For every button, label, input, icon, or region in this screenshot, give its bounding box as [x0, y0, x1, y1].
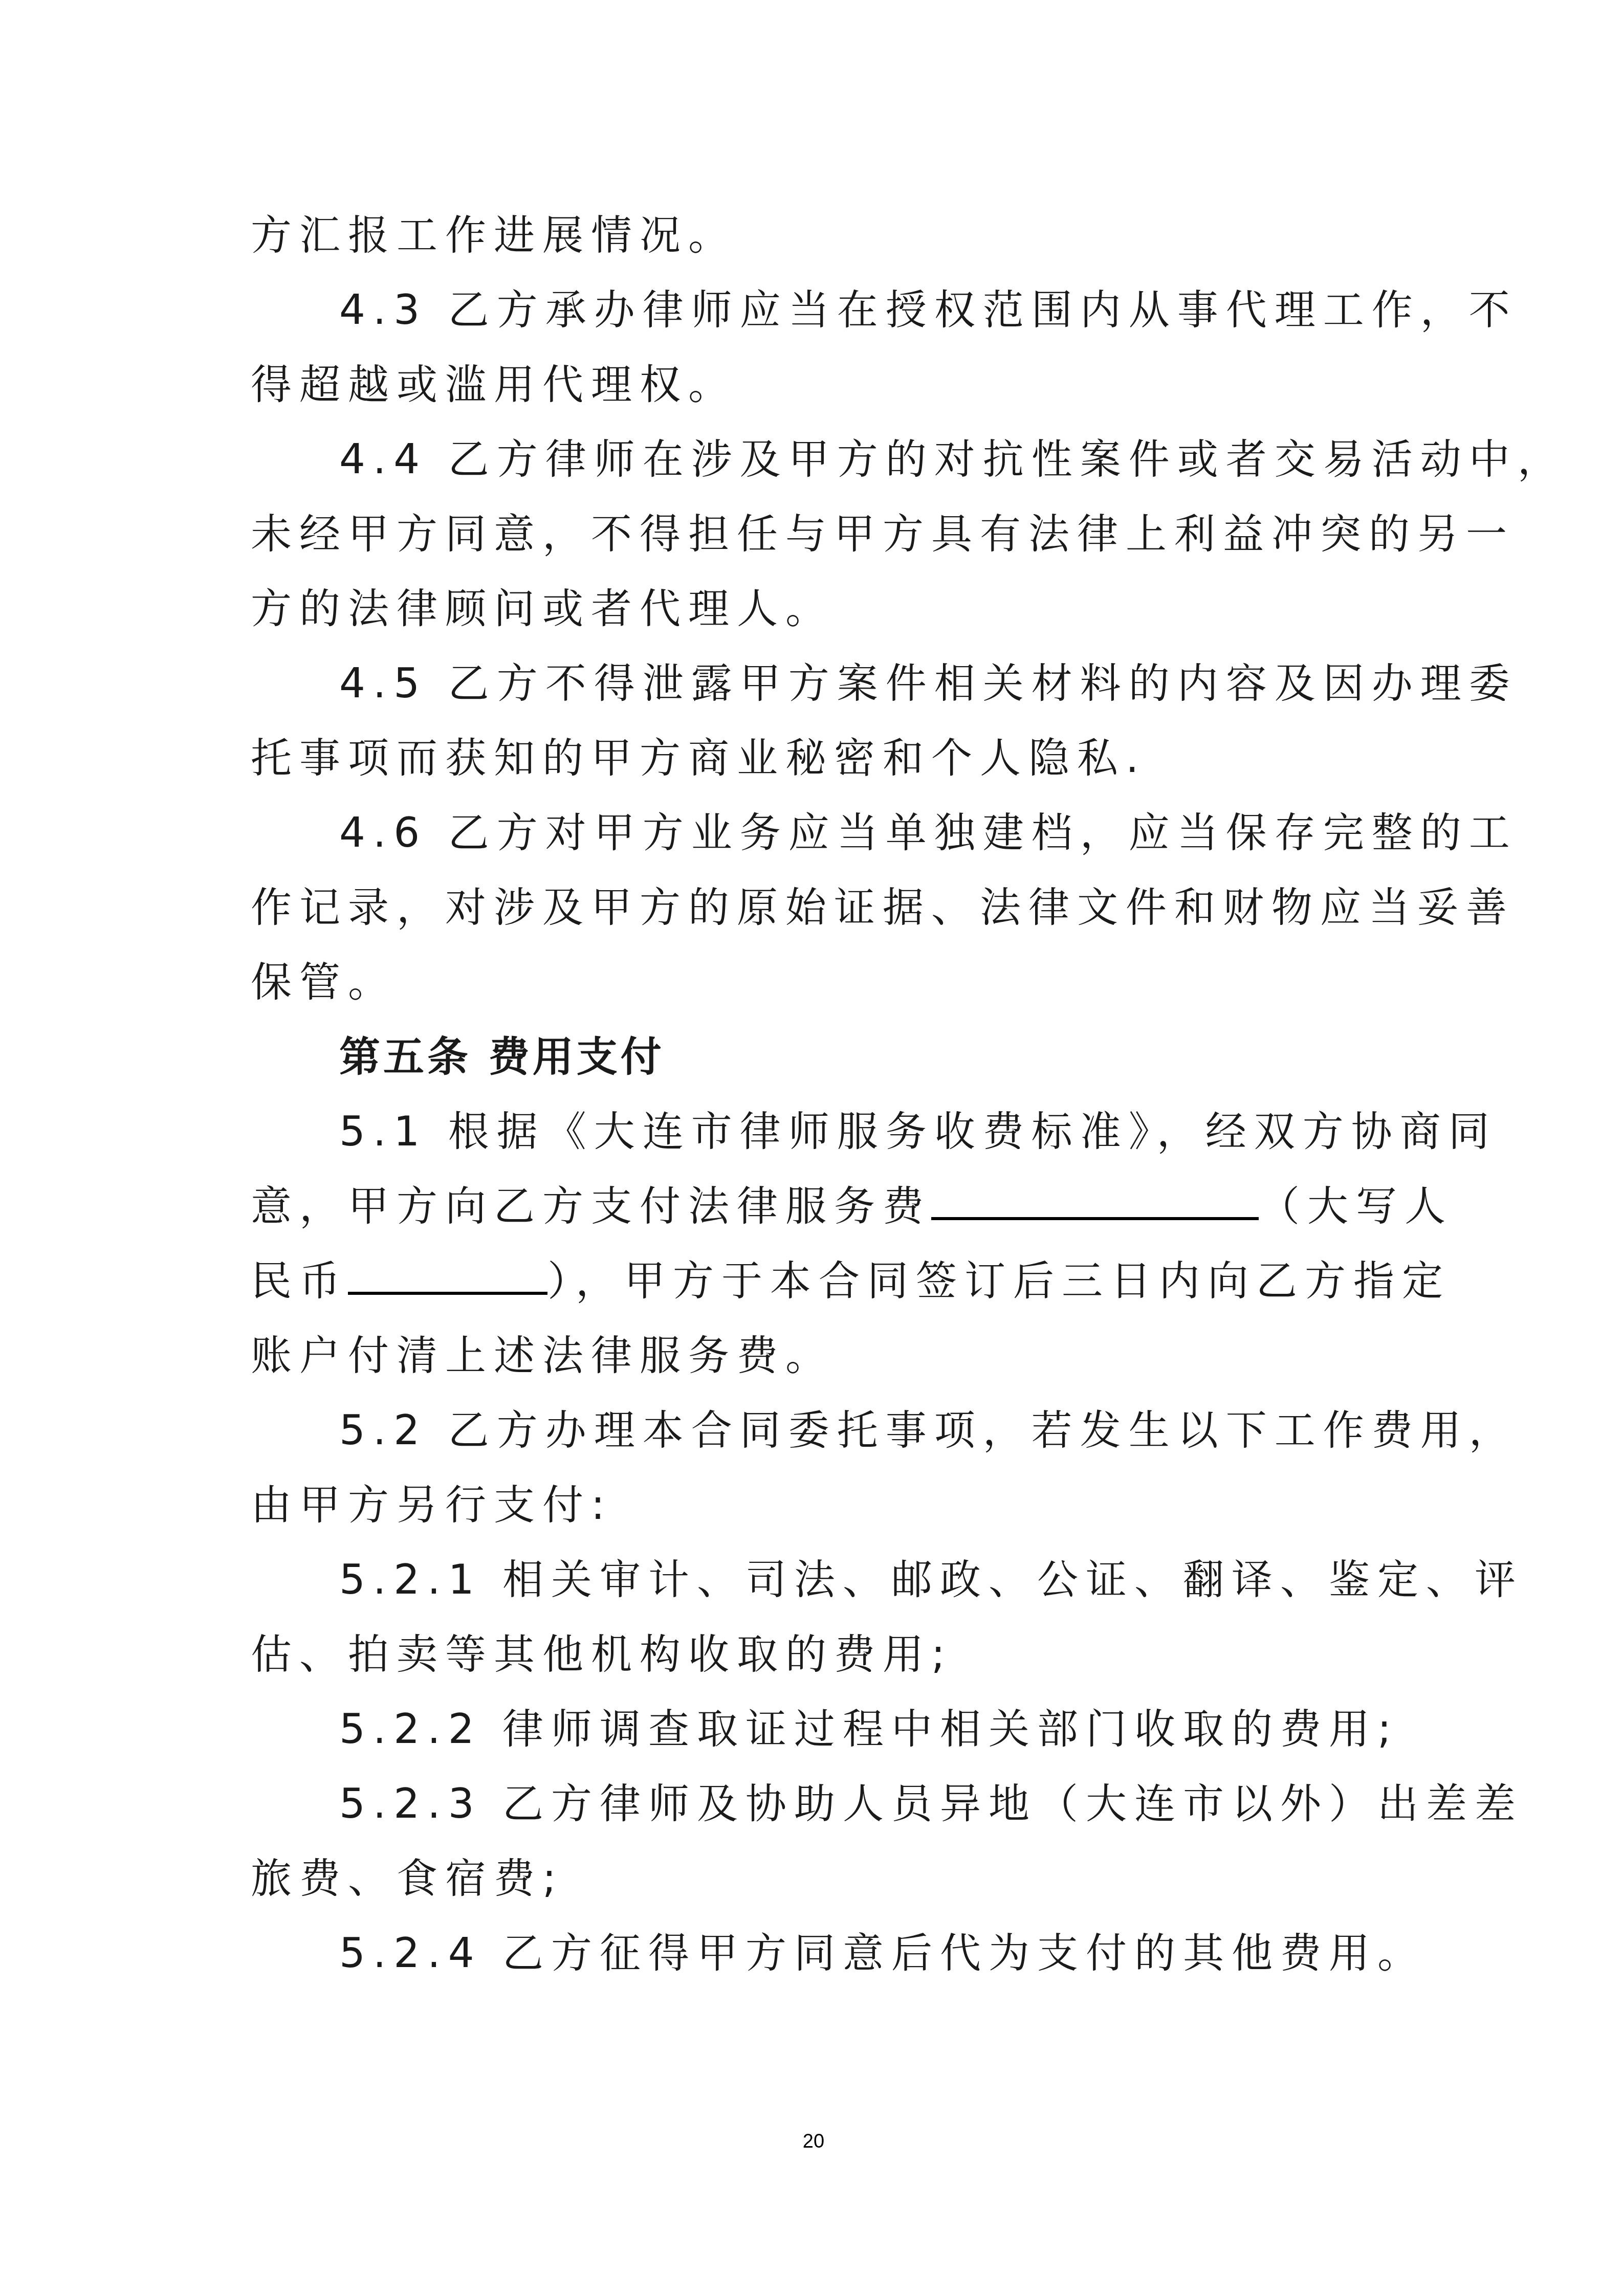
- text-line: 未经甲方同意，不得担任与甲方具有法律上利益冲突的另一: [251, 503, 1389, 565]
- clause-5-2-3: 5.2.3 乙方律师及协助人员异地（大连市以外）出差差: [339, 1773, 1389, 1835]
- text-line: 方汇报工作进展情况。: [251, 205, 1389, 266]
- text-line: 托事项而获知的甲方商业秘密和个人隐私.: [251, 727, 1389, 789]
- text-line: 旅费、食宿费;: [251, 1848, 1389, 1909]
- section-heading-article-5: 第五条 费用支付: [339, 1026, 1389, 1088]
- clause-5-2: 5.2 乙方办理本合同委托事项，若发生以下工作费用，: [339, 1400, 1389, 1461]
- rmb-label-after: ），甲方于本合同签订后三日内向乙方指定: [547, 1257, 1451, 1305]
- rmb-amount-line: 民币），甲方于本合同签订后三日内向乙方指定: [251, 1250, 1389, 1312]
- page-number: 20: [788, 2131, 839, 2153]
- clause-5-2-2: 5.2.2 律师调查取证过程中相关部门收取的费用;: [339, 1698, 1389, 1760]
- text-line: 方的法律顾问或者代理人。: [251, 578, 1389, 639]
- fee-label: 意，甲方向乙方支付法律服务费: [251, 1182, 931, 1230]
- clause-4-6: 4.6 乙方对甲方业务应当单独建档，应当保存完整的工: [339, 802, 1389, 864]
- text-line: 账户付清上述法律服务费。: [251, 1325, 1389, 1386]
- rmb-amount-blank[interactable]: [348, 1251, 547, 1295]
- fee-amount-blank[interactable]: [931, 1176, 1259, 1220]
- clause-5-2-1: 5.2.1 相关审计、司法、邮政、公证、翻译、鉴定、评: [339, 1549, 1389, 1610]
- clause-5-2-4: 5.2.4 乙方征得甲方同意后代为支付的其他费用。: [339, 1923, 1389, 1984]
- fee-label-after: （大写人: [1259, 1182, 1453, 1230]
- rmb-label: 民币: [251, 1257, 348, 1305]
- clause-4-4: 4.4 乙方律师在涉及甲方的对抗性案件或者交易活动中，: [339, 429, 1389, 490]
- clause-4-5: 4.5 乙方不得泄露甲方案件相关材料的内容及因办理委: [339, 653, 1389, 714]
- text-line: 得超越或滥用代理权。: [251, 354, 1389, 415]
- clause-4-3: 4.3 乙方承办律师应当在授权范围内从事代理工作，不: [339, 279, 1389, 341]
- text-line: 估、拍卖等其他机构收取的费用;: [251, 1624, 1389, 1685]
- clause-5-1: 5.1 根据《大连市律师服务收费标准》，经双方协商同: [339, 1101, 1389, 1162]
- text-line: 由甲方另行支付:: [251, 1474, 1389, 1536]
- fee-amount-line: 意，甲方向乙方支付法律服务费（大写人: [251, 1176, 1389, 1237]
- text-line: 作记录，对涉及甲方的原始证据、法律文件和财物应当妥善: [251, 877, 1389, 938]
- text-line: 保管。: [251, 952, 1389, 1013]
- document-page: 方汇报工作进展情况。 4.3 乙方承办律师应当在授权范围内从事代理工作，不 得超…: [0, 0, 1623, 2296]
